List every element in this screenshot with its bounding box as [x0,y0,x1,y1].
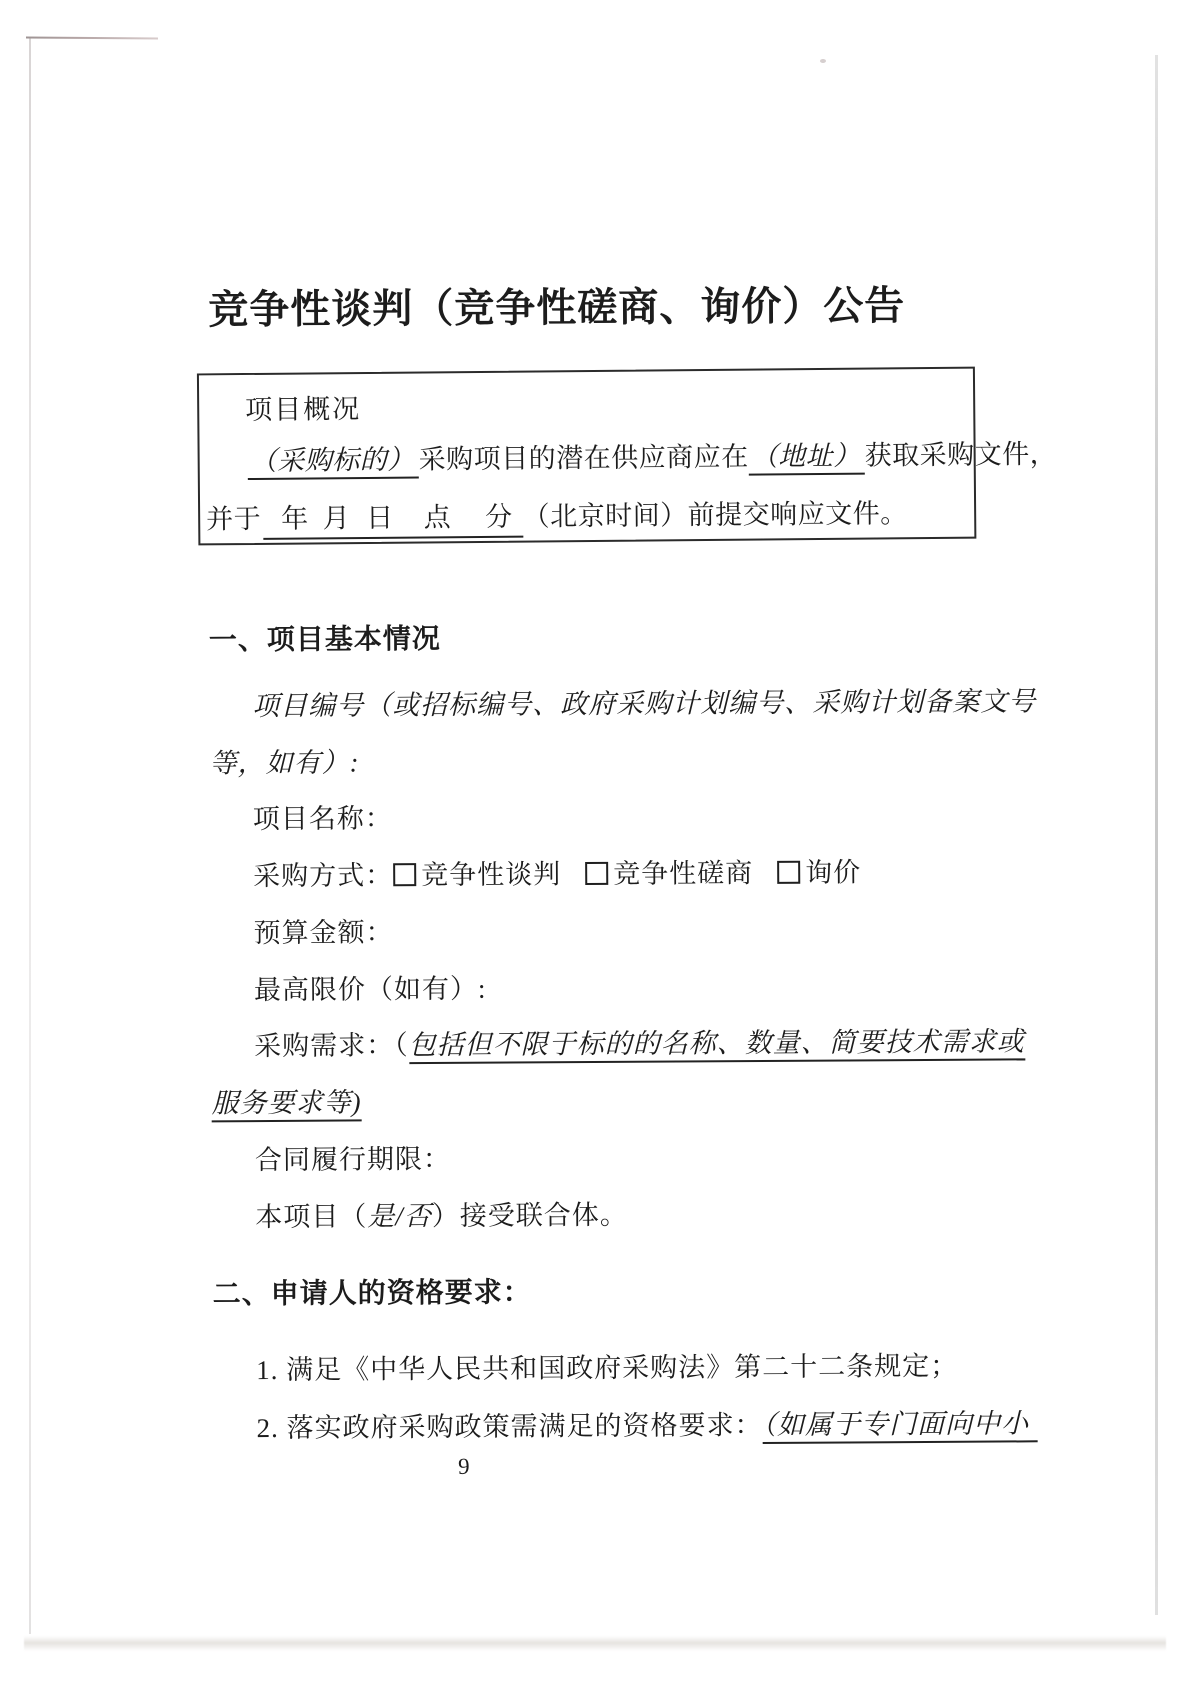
section-one-heading: 一、项目基本情况 [209,617,441,658]
price-cap-label: 最高限价（如有）: [254,967,487,1007]
purchase-demand-note: 包括但不限于标的的名称、数量、简要技术需求或 [409,1026,1025,1064]
overview-box-heading: 项目概况 [245,387,361,427]
supplier-line-text-a: 采购项目的潜在供应商应在 [419,442,749,475]
consortium-suffix: ）接受联合体。 [432,1200,628,1231]
unit-year: 年 [281,496,309,535]
document-title: 竞争性谈判（竞争性磋商、询价）公告 [117,274,997,336]
contract-term-label: 合同履行期限： [255,1137,451,1177]
date-blank-run: 年月日点分 [263,495,523,540]
checkbox-icon [393,863,416,886]
checkbox-icon [777,861,800,884]
supplier-line-text-b: 获取采购文件， [865,439,1058,471]
deadline-prefix: 并于 [206,504,261,534]
page-number: 9 [436,1454,492,1480]
method-option-negotiation: 竞争性谈判 [393,859,561,890]
project-name-label: 项目名称： [253,796,393,836]
unit-month: 月 [322,496,350,535]
project-number-line1: 项目编号（或招标编号、政府采购计划编号、采购计划备案文号 [252,679,1036,723]
overview-deadline-line: 并于年月日点分（北京时间）前提交响应文件。 [206,491,908,540]
purchase-subject-blank: （采购标的） [248,445,419,480]
qualification-item-2-label: 2. 落实政府采购政策需满足的资格要求： [256,1410,762,1443]
unit-hour: 点 [423,495,451,534]
consortium-line: 本项目（是/否）接受联合体。 [255,1193,628,1234]
purchase-demand-label: 采购需求：（ [254,1030,409,1061]
purchase-method-line: 采购方式：竞争性谈判竞争性磋商询价 [253,850,885,893]
deadline-suffix: （北京时间）前提交响应文件。 [523,498,908,531]
purchase-demand-line: 采购需求：（包括但不限于标的的名称、数量、简要技术需求或 [254,1019,1025,1063]
qualification-item-2: 2. 落实政府采购政策需满足的资格要求：（如属于专门面向中小 [256,1401,1037,1445]
project-overview-box: 项目概况 （采购标的）采购项目的潜在供应商应在（地址）获取采购文件， 并于年月日… [197,367,976,546]
document-content: 竞争性谈判（竞争性磋商、询价）公告 项目概况 （采购标的）采购项目的潜在供应商应… [0,0,1190,1684]
consortium-prefix: 本项目（ [255,1201,367,1232]
method-option-inquiry: 询价 [777,857,861,888]
qualification-item-1: 1. 满足《中华人民共和国政府采购法》第二十二条规定； [256,1344,958,1387]
purchase-method-label: 采购方式： [253,860,393,891]
scanned-page: 竞争性谈判（竞争性磋商、询价）公告 项目概况 （采购标的）采购项目的潜在供应商应… [0,0,1190,1684]
project-number-line2: 等，如有）: [209,740,359,780]
qualification-item-2-note: （如属于专门面向中小 [762,1408,1037,1444]
overview-supplier-line: （采购标的）采购项目的潜在供应商应在（地址）获取采购文件， [247,433,969,478]
unit-day: 日 [366,496,394,535]
consortium-yes-no: 是/否 [367,1201,432,1231]
unit-minute: 分 [485,495,513,534]
section-two-heading: 二、申请人的资格要求： [213,1270,532,1312]
address-blank: （地址） [749,441,865,476]
checkbox-icon [585,862,608,885]
budget-label: 预算金额： [253,910,393,950]
purchase-demand-note-cont: 服务要求等) [211,1080,361,1120]
method-option-consultation: 竞争性磋商 [585,858,753,889]
